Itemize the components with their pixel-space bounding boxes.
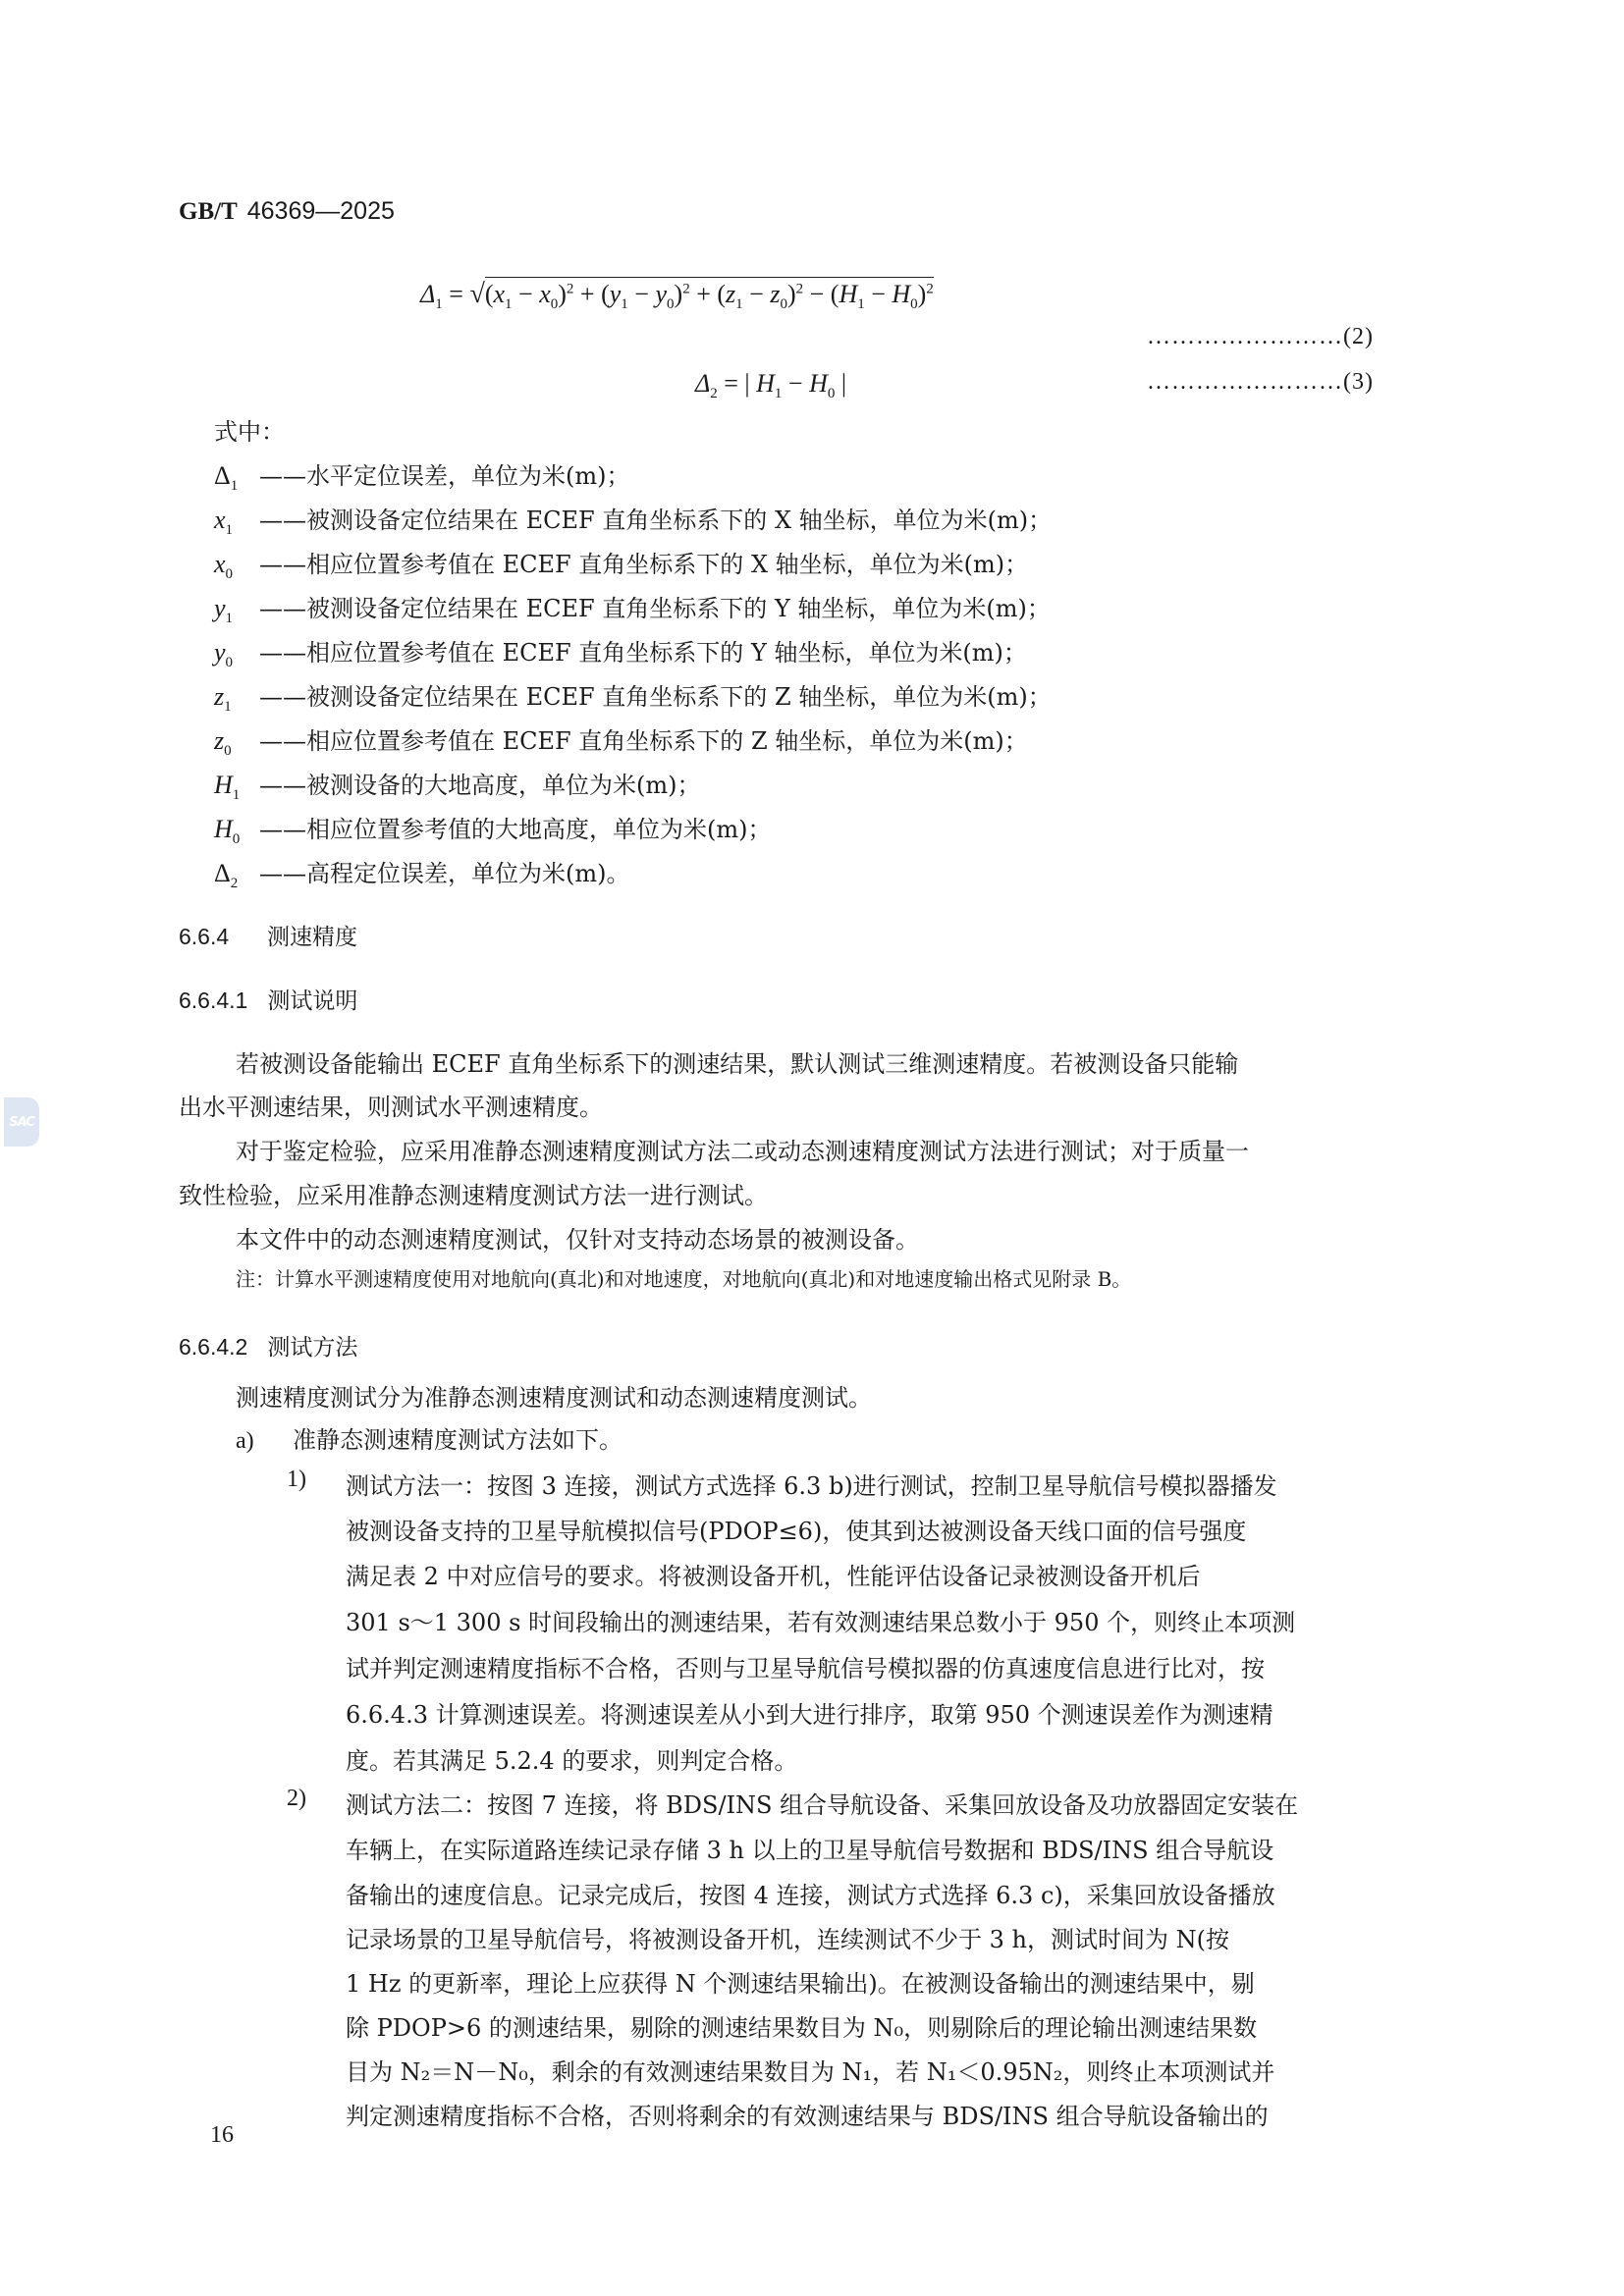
- formula-3: Δ2 = | H1 − H0 |: [695, 369, 846, 402]
- definition-delta1: Δ1——水平定位误差，单位为米(m)；: [214, 456, 629, 495]
- list-label: a): [236, 1428, 293, 1455]
- symbol: Δ2: [214, 859, 259, 892]
- definition-text: ——水平定位误差，单位为米(m)；: [259, 462, 629, 490]
- formula-3-number: ……………………(3): [1147, 369, 1374, 396]
- symbol: z0: [214, 726, 259, 760]
- list-line: 测试方法一：按图 3 连接，测试方式选择 6.3 b)进行测试，控制卫星导航信号…: [346, 1467, 1277, 1501]
- list-line: 测试方法二：按图 7 连接，将 BDS/INS 组合导航设备、采集回放设备及功放…: [346, 1786, 1298, 1820]
- paragraph-line: 出水平测速结果，则测试水平测速精度。: [179, 1088, 603, 1122]
- list-line: 满足表 2 中对应信号的要求。将被测设备开机，性能评估设备记录被测设备开机后: [346, 1557, 1201, 1591]
- paragraph-line: 本文件中的动态测速精度测试，仅针对支持动态场景的被测设备。: [236, 1220, 919, 1255]
- definition-h0: H0——相应位置参考值的大地高度，单位为米(m)；: [214, 810, 771, 848]
- list-label-2: 2): [287, 1786, 306, 1812]
- definition-y0: y0——相应位置参考值在 ECEF 直角坐标系下的 Y 轴坐标，单位为米(m)；: [214, 633, 1027, 671]
- paragraph-line: 致性检验，应采用准静态测速精度测试方法一进行测试。: [179, 1176, 768, 1210]
- paragraph-line: 对于鉴定检验，应采用准静态测速精度测试方法二或动态测速精度测试方法进行测试；对于…: [236, 1132, 1249, 1166]
- list-line: 目为 N₂＝N－N₀，剩余的有效测速结果数目为 N₁，若 N₁＜0.95N₂，则…: [346, 2053, 1274, 2087]
- standard-header: GB/T46369—2025: [179, 196, 395, 226]
- list-text: 准静态测速精度测试方法如下。: [293, 1426, 623, 1454]
- symbol: z1: [214, 682, 259, 716]
- list-line: 记录场景的卫星导航信号，将被测设备开机，连续测试不少于 3 h，测试时间为 N(…: [346, 1920, 1229, 1954]
- symbol: x1: [214, 506, 259, 539]
- definition-text: ——相应位置参考值在 ECEF 直角坐标系下的 Z 轴坐标，单位为米(m)；: [259, 727, 1028, 755]
- section-heading-6-6-4-1: 6.6.4.1测试说明: [179, 983, 357, 1015]
- equation-number: (2): [1343, 324, 1374, 349]
- list-label-1: 1): [287, 1467, 306, 1493]
- definition-z1: z1——被测设备定位结果在 ECEF 直角坐标系下的 Z 轴坐标，单位为米(m)…: [214, 677, 1052, 716]
- definition-x0: x0——相应位置参考值在 ECEF 直角坐标系下的 X 轴坐标，单位为米(m)；: [214, 545, 1028, 583]
- symbol: H1: [214, 771, 259, 804]
- formula-2: Δ1 = √(x1 − x0)2 + (y1 − y0)2 + (z1 − z0…: [420, 277, 934, 313]
- paragraph-line: 测速精度测试分为准静态测速精度测试和动态测速精度测试。: [236, 1378, 872, 1413]
- leader-dots: ……………………: [1147, 324, 1343, 349]
- symbol: Δ1: [214, 461, 259, 495]
- list-line: 试并判定测速精度指标不合格，否则与卫星导航信号模拟器的仿真速度信息进行比对，按: [346, 1649, 1265, 1683]
- symbol: y1: [214, 594, 259, 627]
- list-line: 被测设备支持的卫星导航模拟信号(PDOP≤6)，使其到达被测设备天线口面的信号强…: [346, 1512, 1246, 1546]
- where-label: 式中：: [214, 412, 285, 447]
- sac-watermark-logo: SAC: [4, 1097, 39, 1147]
- list-line: 1 Hz 的更新率，理论上应获得 N 个测速结果输出)。在被测设备输出的测速结果…: [346, 1964, 1255, 1999]
- standard-number: 46369—2025: [247, 197, 395, 225]
- section-title: 测速精度: [267, 925, 357, 950]
- list-line: 判定测速精度指标不合格，否则将剩余的有效测速结果与 BDS/INS 组合导航设备…: [346, 2097, 1269, 2131]
- definition-z0: z0——相应位置参考值在 ECEF 直角坐标系下的 Z 轴坐标，单位为米(m)；: [214, 721, 1028, 760]
- definition-text: ——高程定位误差，单位为米(m)。: [259, 860, 629, 887]
- paragraph-line: 若被测设备能输出 ECEF 直角坐标系下的测速结果，默认测试三维测速精度。若被测…: [236, 1044, 1238, 1079]
- definition-text: ——相应位置参考值在 ECEF 直角坐标系下的 X 轴坐标，单位为米(m)；: [259, 551, 1028, 578]
- section-number: 6.6.4.2: [179, 1334, 247, 1361]
- section-title: 测试方法: [267, 1335, 357, 1361]
- definition-h1: H1——被测设备的大地高度，单位为米(m)；: [214, 766, 700, 804]
- section-number: 6.6.4: [179, 924, 247, 950]
- section-title: 测试说明: [267, 988, 357, 1014]
- symbol: y0: [214, 638, 259, 671]
- list-item-a: a)准静态测速精度测试方法如下。: [236, 1420, 623, 1455]
- page-number: 16: [210, 2122, 234, 2149]
- symbol: H0: [214, 815, 259, 848]
- definition-text: ——相应位置参考值在 ECEF 直角坐标系下的 Y 轴坐标，单位为米(m)；: [259, 639, 1027, 667]
- list-line: 备输出的速度信息。记录完成后，按图 4 连接，测试方式选择 6.3 c)，采集回…: [346, 1876, 1275, 1910]
- definition-x1: x1——被测设备定位结果在 ECEF 直角坐标系下的 X 轴坐标，单位为米(m)…: [214, 501, 1052, 539]
- list-line: 除 PDOP>6 的测速结果，剔除的测速结果数目为 N₀，则剔除后的理论输出测速…: [346, 2008, 1257, 2043]
- list-line: 6.6.4.3 计算测速误差。将测速误差从小到大进行排序，取第 950 个测速误…: [346, 1695, 1273, 1730]
- formula-2-number: ……………………(2): [1147, 324, 1374, 350]
- definition-text: ——相应位置参考值的大地高度，单位为米(m)；: [259, 816, 771, 843]
- definition-text: ——被测设备定位结果在 ECEF 直角坐标系下的 X 轴坐标，单位为米(m)；: [259, 507, 1052, 534]
- equation-number: (3): [1343, 369, 1374, 395]
- definition-text: ——被测设备的大地高度，单位为米(m)；: [259, 772, 700, 799]
- section-heading-6-6-4: 6.6.4测速精度: [179, 919, 357, 951]
- definition-text: ——被测设备定位结果在 ECEF 直角坐标系下的 Y 轴坐标，单位为米(m)；: [259, 595, 1051, 622]
- list-line: 301 s～1 300 s 时间段输出的测速结果，若有效测速结果总数小于 950…: [346, 1603, 1295, 1637]
- note: 注：计算水平测速精度使用对地航向(真北)和对地速度，对地航向(真北)和对地速度输…: [236, 1263, 1131, 1292]
- definition-text: ——被测设备定位结果在 ECEF 直角坐标系下的 Z 轴坐标，单位为米(m)；: [259, 683, 1052, 711]
- definition-y1: y1——被测设备定位结果在 ECEF 直角坐标系下的 Y 轴坐标，单位为米(m)…: [214, 589, 1051, 627]
- list-line: 车辆上，在实际道路连续记录存储 3 h 以上的卫星导航信号数据和 BDS/INS…: [346, 1831, 1273, 1865]
- standard-prefix: GB/T: [179, 198, 238, 225]
- section-heading-6-6-4-2: 6.6.4.2测试方法: [179, 1329, 357, 1362]
- leader-dots: ……………………: [1147, 369, 1343, 395]
- list-line: 度。若其满足 5.2.4 的要求，则判定合格。: [346, 1741, 797, 1776]
- symbol: x0: [214, 550, 259, 583]
- definition-delta2: Δ2——高程定位误差，单位为米(m)。: [214, 854, 629, 892]
- section-number: 6.6.4.1: [179, 988, 247, 1014]
